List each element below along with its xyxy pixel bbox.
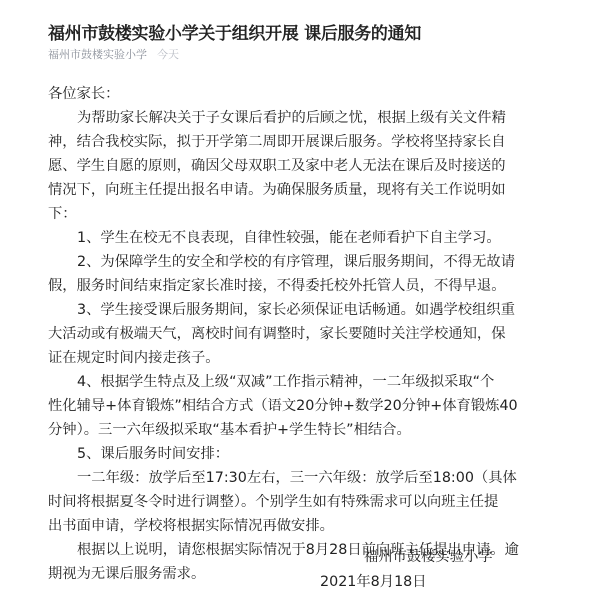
body-line: 情况下，向班主任提出报名申请。为确保服务质量，现将有关工作说明如	[48, 178, 528, 202]
body-line: 大活动或有极端天气，离校时间有调整时，家长要随时关注学校通知，保	[48, 322, 528, 346]
body-line: 一二年级：放学后至17:30左右，三一六年级：放学后至18:00（具体	[48, 466, 528, 490]
body-line: 3、学生接受课后服务期间，家长必须保证电话畅通。如遇学校组织重	[48, 298, 528, 322]
greeting: 各位家长：	[48, 82, 528, 106]
article-title: 福州市鼓楼实验小学关于组织开展 课后服务的通知	[48, 19, 421, 44]
body-line: 下：	[48, 202, 528, 226]
signature-date: 2021年8月18日	[320, 570, 427, 594]
body-line: 时间将根据夏冬令时进行调整）。个别学生如有特殊需求可以向班主任提	[48, 490, 528, 514]
article-meta: 福州市鼓楼实验小学今天	[48, 46, 179, 62]
body-line: 愿、学生自愿的原则，确因父母双职工及家中老人无法在课后及时接送的	[48, 154, 528, 178]
body-line: 5、课后服务时间安排：	[48, 442, 528, 466]
body-line: 假，服务时间结束指定家长准时接，不得委托校外托管人员，不得早退。	[48, 274, 528, 298]
body-line: 为帮助家长解决关于子女课后看护的后顾之忧，根据上级有关文件精	[48, 106, 528, 130]
author-link[interactable]: 福州市鼓楼实验小学	[48, 48, 147, 61]
body-line: 性化辅导+体育锻炼”相结合方式（语文20分钟+数学20分钟+体育锻炼40	[48, 394, 528, 418]
body-line: 分钟）。三一六年级拟采取“基本看护+学生特长”相结合。	[48, 418, 528, 442]
publish-time: 今天	[157, 48, 179, 61]
body-line: 4、根据学生特点及上级“双减”工作指示精神，一二年级拟采取“个	[48, 370, 528, 394]
body-line: 神，结合我校实际，拟于开学第二周即开展课后服务。学校将坚持家长自	[48, 130, 528, 154]
article-body: 各位家长： 为帮助家长解决关于子女课后看护的后顾之忧，根据上级有关文件精神，结合…	[48, 82, 528, 586]
signature-org: 福州市鼓楼实验小学	[364, 545, 493, 569]
body-line: 证在规定时间内接走孩子。	[48, 346, 528, 370]
body-lines: 为帮助家长解决关于子女课后看护的后顾之忧，根据上级有关文件精神，结合我校实际，拟…	[48, 106, 528, 586]
body-line: 2、为保障学生的安全和学校的有序管理，课后服务期间，不得无故请	[48, 250, 528, 274]
body-line: 1、学生在校无不良表现，自律性较强，能在老师看护下自主学习。	[48, 226, 528, 250]
body-line: 出书面申请，学校将根据实际情况再做安排。	[48, 514, 528, 538]
